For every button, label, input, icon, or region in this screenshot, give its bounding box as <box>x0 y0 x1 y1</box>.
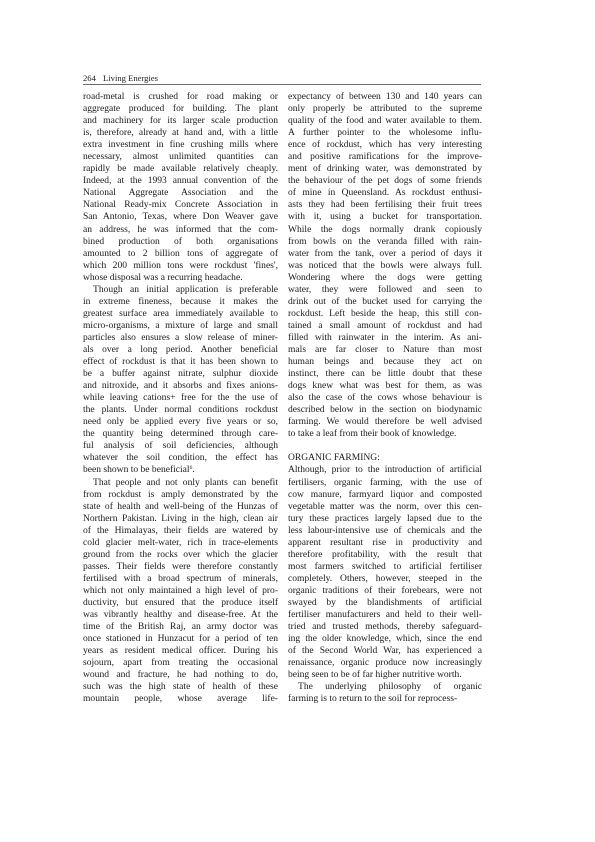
text-line: Wondering where the dogs were getting <box>288 272 482 284</box>
line-text: road-metal is crushed for road making or <box>83 91 278 102</box>
line-text: asts they had been fertilising their fru… <box>288 199 482 210</box>
text-line: necessary, almost unlimited quantities c… <box>83 151 278 163</box>
line-text: rapidly be made available relatively che… <box>83 163 278 174</box>
text-line: mountain people, whose average life- <box>83 693 278 705</box>
text-line: instinct, there can be little doubt that… <box>288 368 482 380</box>
text-line: wound and fracture, he had nothing to do… <box>83 669 278 681</box>
text-line: once stationed in Hunzacut for a period … <box>83 633 278 645</box>
line-text: swayed by the blandishments of artificia… <box>288 597 482 608</box>
text-line: extra investment in fine crushing mills … <box>83 139 278 151</box>
left-column: road-metal is crushed for road making or… <box>83 91 278 705</box>
line-text: ment of drinking water, was demonstrated… <box>288 163 482 174</box>
text-line: whose disposal was a recurring headache. <box>83 272 278 284</box>
line-text: once stationed in Hunzacut for a period … <box>83 633 278 644</box>
text-line: of mine in Queensland. As rockdust enthu… <box>288 187 482 199</box>
running-title: Living Energies <box>103 73 158 83</box>
text-line: ductivity, but ensured that the produce … <box>83 597 278 609</box>
line-text: from rockdust is amply demonstrated by t… <box>83 489 278 500</box>
text-line: ground from the rocks over which the gla… <box>83 549 278 561</box>
text-line: tained a small amount of rockdust and ha… <box>288 320 482 332</box>
line-text: San Antonio, Texas, where Don Weaver gav… <box>83 211 278 222</box>
text-line: ful analysis of soil deficiencies, altho… <box>83 440 278 452</box>
text-line: been shown to be beneficial6. <box>83 464 278 476</box>
text-line: while leaving cations+ free for the the … <box>83 392 278 404</box>
text-line: and positive ramifications for the impro… <box>288 151 482 163</box>
line-text: fertilisers, organic farming, with the u… <box>288 477 482 488</box>
line-text: While the dogs normally drank copiously <box>288 224 482 235</box>
text-line: need only be applied every five years or… <box>83 416 278 428</box>
text-line: National Aggregate Association and the <box>83 187 278 199</box>
line-text: described below in the section on biodyn… <box>288 404 482 415</box>
text-line: apparent resultant rise in productivity … <box>288 537 482 549</box>
text-line: be a buffer against nitrate, sulphur dio… <box>83 368 278 380</box>
line-text: be a buffer against nitrate, sulphur dio… <box>83 368 278 379</box>
line-text: fertiliser manufacturers and held to the… <box>288 609 482 620</box>
line-text: necessary, almost unlimited quantities c… <box>83 151 278 162</box>
text-line: the plants. Under normal conditions rock… <box>83 404 278 416</box>
text-line: water, they were followed and seen to <box>288 284 482 296</box>
line-text: the quantity being determined through ca… <box>83 428 278 439</box>
line-text: passes. Their fields were therefore cons… <box>83 561 278 572</box>
line-text: most farmers switched to artificial fert… <box>288 561 482 572</box>
text-line: amounted to 2 billion tons of aggregate … <box>83 248 278 260</box>
line-text: filled with rainwater in the interim. As… <box>288 332 482 343</box>
text-line: While the dogs normally drank copiously <box>288 224 482 236</box>
text-line: The underlying philosophy of organic <box>288 681 482 693</box>
text-line: Though an initial application is prefera… <box>83 284 278 296</box>
line-text: organic traditions of their forebears, w… <box>288 585 482 596</box>
text-line: tried and trusted methods, thereby safeg… <box>288 621 482 633</box>
line-text: Though an initial application is prefera… <box>93 284 278 295</box>
text-line: Although, prior to the introduction of a… <box>288 464 482 476</box>
header-rule <box>83 84 481 85</box>
line-text: less labour-intensive use of chemicals a… <box>288 525 482 536</box>
text-line: with it, using a bucket for transportati… <box>288 211 482 223</box>
text-line: and machinery for its larger scale produ… <box>83 115 278 127</box>
line-text: also the case of the cows whose behaviou… <box>288 392 482 403</box>
line-text: wound and fracture, he had nothing to do… <box>83 669 278 680</box>
line-text: completely. Others, however, steeped in … <box>288 573 482 584</box>
line-text: of the Second World War, has experienced… <box>288 645 482 656</box>
text-line: micro-organisms, a mixture of large and … <box>83 320 278 332</box>
text-line: rockdust. Left beside the heap, this sti… <box>288 308 482 320</box>
line-text: whatever the soil condition, the effect … <box>83 452 278 463</box>
line-text: which 200 million tons were rockdust 'fi… <box>83 260 278 271</box>
line-text: tried and trusted methods, thereby safeg… <box>288 621 482 632</box>
text-line: ence of rockdust, which has very interes… <box>288 139 482 151</box>
line-text: whose disposal was a recurring headache. <box>83 272 243 283</box>
text-line: which not only maintained a high level o… <box>83 585 278 597</box>
line-text: years as resident medical officer. Durin… <box>83 645 278 656</box>
line-text: being seen to be of far higher nutritive… <box>288 669 462 680</box>
line-text: dogs knew what was best for them, as was <box>288 380 482 391</box>
line-text: quality of the food and water available … <box>288 115 482 126</box>
line-text: Indeed, at the 1993 annual convention of… <box>83 175 278 186</box>
line-text: vegetable matter was the norm, over this… <box>288 501 482 512</box>
line-text: water, they were followed and seen to <box>288 284 482 295</box>
text-line: human beings and because they act on <box>288 356 482 368</box>
line-text: cow manure, farmyard liquor and composte… <box>288 489 482 500</box>
line-text: of mine in Queensland. As rockdust enthu… <box>288 187 482 198</box>
text-line: whatever the soil condition, the effect … <box>83 452 278 464</box>
line-text: tained a small amount of rockdust and ha… <box>288 320 482 331</box>
text-line: sojourn, apart from treating the occasio… <box>83 657 278 669</box>
line-text: time of the British Raj, an army doctor … <box>83 621 278 632</box>
text-line: effect of rockdust is that it has been s… <box>83 356 278 368</box>
line-text: farming is to return to the soil for rep… <box>288 693 457 704</box>
text-line: only properly be attributed to the supre… <box>288 103 482 115</box>
line-text: been shown to be beneficial <box>83 464 190 475</box>
line-text: ORGANIC FARMING: <box>288 452 380 463</box>
line-text: therefore profitability, with the result… <box>288 549 482 560</box>
text-line: being seen to be of far higher nutritive… <box>288 669 482 681</box>
line-text: and nitroxide, and it absorbs and fixes … <box>83 380 278 391</box>
text-line: of the Himalayas, their fields are water… <box>83 525 278 537</box>
line-text: amounted to 2 billion tons of aggregate … <box>83 248 278 259</box>
text-line: bined production of both organisations <box>83 236 278 248</box>
line-text: National Ready-mix Concrete Association … <box>83 199 278 210</box>
line-text: apparent resultant rise in productivity … <box>288 537 482 548</box>
text-line: which 200 million tons were rockdust 'fi… <box>83 260 278 272</box>
line-text: als over a long period. Another benefici… <box>83 344 278 355</box>
text-line: such was the high state of health of the… <box>83 681 278 693</box>
line-text: sojourn, apart from treating the occasio… <box>83 657 278 668</box>
text-line: expectancy of between 130 and 140 years … <box>288 91 482 103</box>
punctuation: . <box>192 464 194 475</box>
text-line: completely. Others, however, steeped in … <box>288 573 482 585</box>
text-line: rapidly be made available relatively che… <box>83 163 278 175</box>
line-text: and positive ramifications for the impro… <box>288 151 482 162</box>
text-line: fertilisers, organic farming, with the u… <box>288 477 482 489</box>
text-line: and nitroxide, and it absorbs and fixes … <box>83 380 278 392</box>
line-text: which not only maintained a high level o… <box>83 585 278 596</box>
line-text: from bowls on the veranda filled with ra… <box>288 236 482 247</box>
text-line: also the case of the cows whose behaviou… <box>288 392 482 404</box>
text-line: in extreme fineness, because it makes th… <box>83 296 278 308</box>
line-text: while leaving cations+ free for the the … <box>83 392 278 403</box>
line-text: water from the tank, over a period of da… <box>288 248 482 259</box>
text-line: ment of drinking water, was demonstrated… <box>288 163 482 175</box>
text-line: cold glacier melt-water, rich in trace-e… <box>83 537 278 549</box>
running-header: 264 Living Energies <box>83 72 481 84</box>
text-line: San Antonio, Texas, where Don Weaver gav… <box>83 211 278 223</box>
line-text: effect of rockdust is that it has been s… <box>83 356 278 367</box>
line-text: ground from the rocks over which the gla… <box>83 549 278 560</box>
text-line: was vibrantly healthy and disease-free. … <box>83 609 278 621</box>
text-line: als over a long period. Another benefici… <box>83 344 278 356</box>
right-column: expectancy of between 130 and 140 years … <box>288 91 482 705</box>
line-text: micro-organisms, a mixture of large and … <box>83 320 278 331</box>
line-text: human beings and because they act on <box>288 356 482 367</box>
line-text: particles also ensures a slow release of… <box>83 332 278 343</box>
line-text: tury these practices largely lapsed due … <box>288 513 482 524</box>
text-line: National Ready-mix Concrete Association … <box>83 199 278 211</box>
text-line: filled with rainwater in the interim. As… <box>288 332 482 344</box>
line-text: only properly be attributed to the supre… <box>288 103 482 114</box>
line-text: was noticed that the bowls were always f… <box>288 260 482 271</box>
line-text: ductivity, but ensured that the produce … <box>83 597 278 608</box>
text-line: the quantity being determined through ca… <box>83 428 278 440</box>
line-text: of the Himalayas, their fields are water… <box>83 525 278 536</box>
line-text: cold glacier melt-water, rich in trace-e… <box>83 537 278 548</box>
text-line: asts they had been fertilising their fru… <box>288 199 482 211</box>
text-line: tury these practices largely lapsed due … <box>288 513 482 525</box>
line-text: in extreme fineness, because it makes th… <box>83 296 278 307</box>
text-line: renaissance, organic produce now increas… <box>288 657 482 669</box>
line-text: expectancy of between 130 and 140 years … <box>288 91 482 102</box>
text-line: That people and not only plants can bene… <box>83 477 278 489</box>
line-text: fertilised with a broad spectrum of mine… <box>83 573 278 584</box>
line-text: ful analysis of soil deficiencies, altho… <box>83 440 278 451</box>
page-number: 264 <box>83 73 96 83</box>
text-line: described below in the section on biodyn… <box>288 404 482 416</box>
line-text: the plants. Under normal conditions rock… <box>83 404 278 415</box>
line-text: Northern Pakistan. Living in the high, c… <box>83 513 278 524</box>
line-text: with it, using a bucket for transportati… <box>288 211 482 222</box>
line-text: That people and not only plants can bene… <box>93 477 278 488</box>
line-text: to take a leaf from their book of knowle… <box>288 428 456 439</box>
text-line: water from the tank, over a period of da… <box>288 248 482 260</box>
text-line: ing the older knowledge, which, since th… <box>288 633 482 645</box>
line-text: aggregate produced for building. The pla… <box>83 103 278 114</box>
text-line: particles also ensures a slow release of… <box>83 332 278 344</box>
text-line: Indeed, at the 1993 annual convention of… <box>83 175 278 187</box>
text-line: therefore profitability, with the result… <box>288 549 482 561</box>
text-line: drink out of the bucket used for carryin… <box>288 296 482 308</box>
text-line: dogs knew what was best for them, as was <box>288 380 482 392</box>
text-line: the behaviour of the pet dogs of some fr… <box>288 175 482 187</box>
text-line: from bowls on the veranda filled with ra… <box>288 236 482 248</box>
text-line: less labour-intensive use of chemicals a… <box>288 525 482 537</box>
line-text: is, therefore, already at hand and, with… <box>83 127 278 138</box>
line-text: National Aggregate Association and the <box>83 187 278 198</box>
text-line: vegetable matter was the norm, over this… <box>288 501 482 513</box>
text-line: years as resident medical officer. Durin… <box>83 645 278 657</box>
line-text: greatest surface area immediately availa… <box>83 308 278 319</box>
text-line: fertilised with a broad spectrum of mine… <box>83 573 278 585</box>
text-line: Northern Pakistan. Living in the high, c… <box>83 513 278 525</box>
text-line: cow manure, farmyard liquor and composte… <box>288 489 482 501</box>
line-text: mountain people, whose average life- <box>83 693 278 704</box>
line-text: Wondering where the dogs were getting <box>288 272 482 283</box>
text-line: an address, he was informed that the com… <box>83 224 278 236</box>
line-text: The underlying philosophy of organic <box>298 681 482 692</box>
line-text: extra investment in fine crushing mills … <box>83 139 278 150</box>
text-line: road-metal is crushed for road making or <box>83 91 278 103</box>
line-text: drink out of the bucket used for carryin… <box>288 296 482 307</box>
line-text: A further pointer to the wholesome influ… <box>288 127 482 138</box>
text-line: state of health and well-being of the Hu… <box>83 501 278 513</box>
line-text: mals are far closer to Nature than most <box>288 344 482 355</box>
line-text: farming. We would therefore be well advi… <box>288 416 482 427</box>
text-line: farming is to return to the soil for rep… <box>288 693 482 705</box>
line-text: instinct, there can be little doubt that… <box>288 368 482 379</box>
line-text: renaissance, organic produce now increas… <box>288 657 482 668</box>
text-line: swayed by the blandishments of artificia… <box>288 597 482 609</box>
line-text: bined production of both organisations <box>83 236 278 247</box>
text-line: farming. We would therefore be well advi… <box>288 416 482 428</box>
section-heading: ORGANIC FARMING: <box>288 452 482 464</box>
text-line: was noticed that the bowls were always f… <box>288 260 482 272</box>
line-text: ing the older knowledge, which, since th… <box>288 633 482 644</box>
line-text: Although, prior to the introduction of a… <box>288 464 482 475</box>
line-text: need only be applied every five years or… <box>83 416 278 427</box>
line-text: an address, he was informed that the com… <box>83 224 278 235</box>
line-text: such was the high state of health of the… <box>83 681 278 692</box>
line-text: was vibrantly healthy and disease-free. … <box>83 609 278 620</box>
text-line: mals are far closer to Nature than most <box>288 344 482 356</box>
text-line: most farmers switched to artificial fert… <box>288 561 482 573</box>
text-line: organic traditions of their forebears, w… <box>288 585 482 597</box>
text-line: from rockdust is amply demonstrated by t… <box>83 489 278 501</box>
text-line <box>288 440 482 452</box>
line-text: and machinery for its larger scale produ… <box>83 115 278 126</box>
text-line: of the Second World War, has experienced… <box>288 645 482 657</box>
text-line: quality of the food and water available … <box>288 115 482 127</box>
line-text: ence of rockdust, which has very interes… <box>288 139 482 150</box>
line-text: rockdust. Left beside the heap, this sti… <box>288 308 482 319</box>
text-line: aggregate produced for building. The pla… <box>83 103 278 115</box>
text-line: A further pointer to the wholesome influ… <box>288 127 482 139</box>
text-line: passes. Their fields were therefore cons… <box>83 561 278 573</box>
text-line: time of the British Raj, an army doctor … <box>83 621 278 633</box>
text-line: greatest surface area immediately availa… <box>83 308 278 320</box>
line-text: the behaviour of the pet dogs of some fr… <box>288 175 482 186</box>
text-line: is, therefore, already at hand and, with… <box>83 127 278 139</box>
text-line: to take a leaf from their book of knowle… <box>288 428 482 440</box>
text-line: fertiliser manufacturers and held to the… <box>288 609 482 621</box>
line-text: state of health and well-being of the Hu… <box>83 501 278 512</box>
